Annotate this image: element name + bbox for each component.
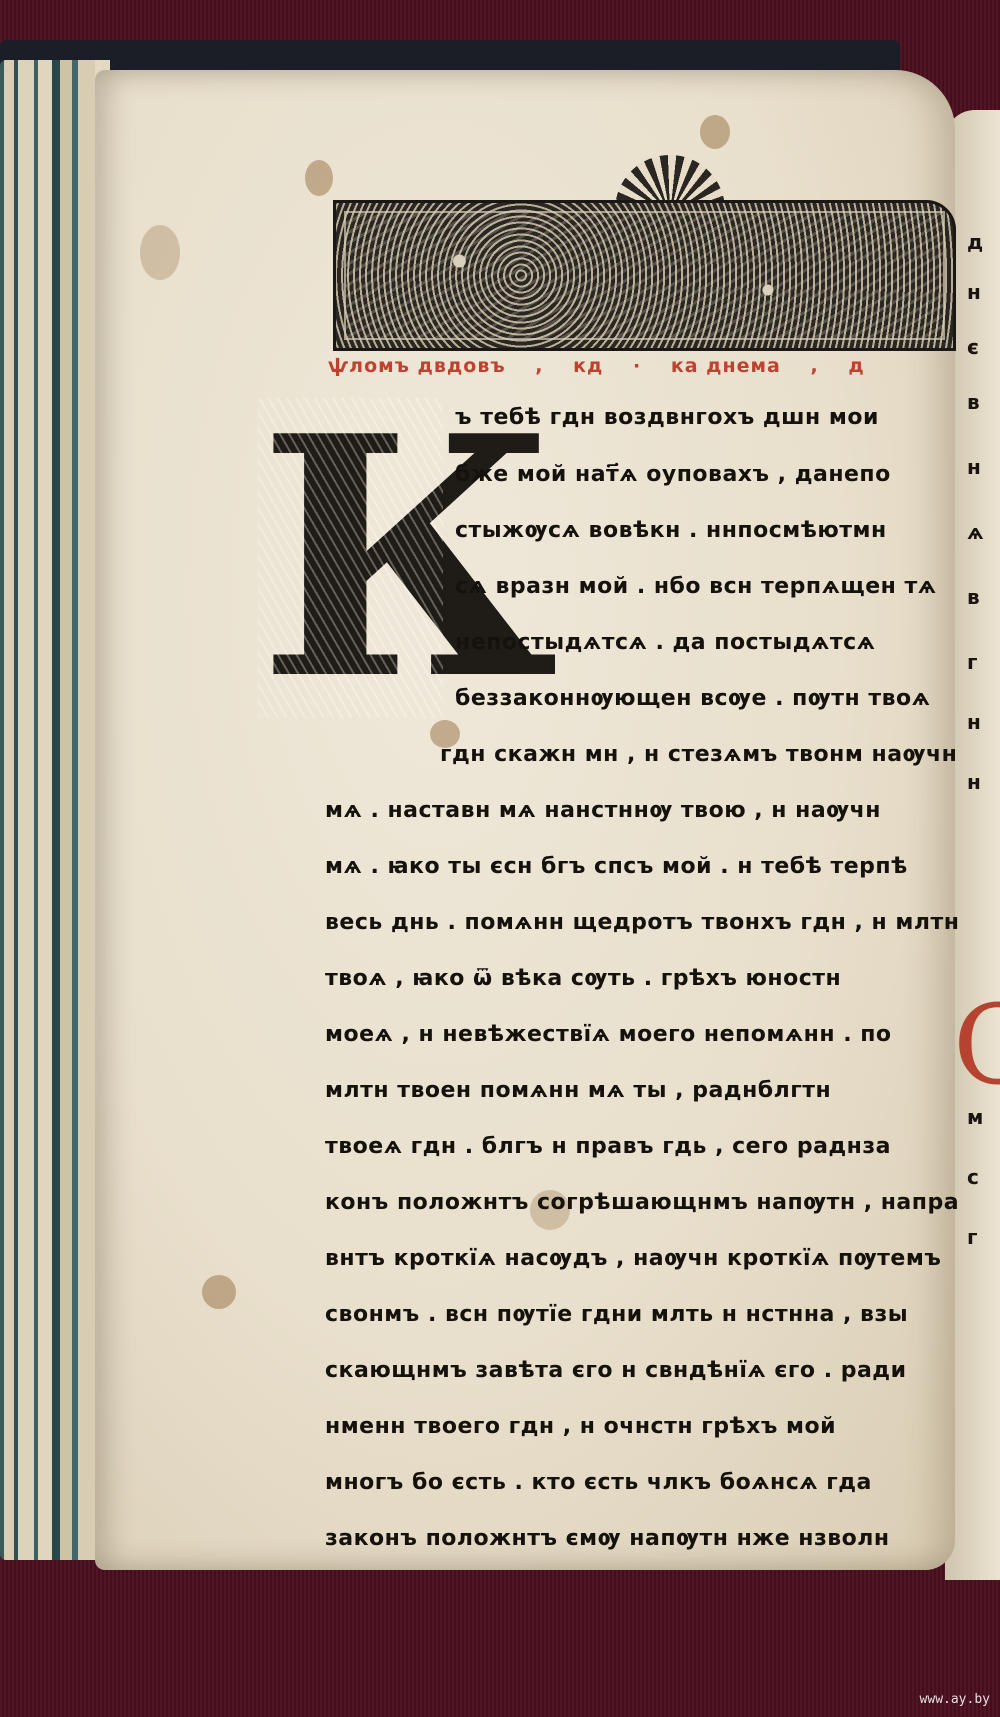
- facing-page-fragment: в: [967, 390, 980, 414]
- text-line: стыжѹсѧ вовѣкн . ннпосмѣютмн: [455, 518, 887, 558]
- text-line: твоѧ , ꙗко ѿ вѣка сѹть . грѣхъ юностн: [325, 966, 841, 1006]
- facing-page-fragment: н: [967, 455, 981, 479]
- paper-stain: [202, 1275, 236, 1309]
- paper-stain: [140, 225, 180, 280]
- rubric-part: ,: [810, 355, 818, 377]
- text-line: сѧ вразн мой . нбо всн терпѧщен тѧ: [455, 574, 937, 614]
- text-line: моеѧ , н невѣжествїѧ моего непомѧнн . по: [325, 1022, 892, 1062]
- text-line: скающнмъ завѣта єго н свндѣнїѧ єго . рад…: [325, 1358, 907, 1398]
- paper-stain: [700, 115, 730, 149]
- facing-page-fragment: с: [967, 1165, 979, 1189]
- text-line: весь днь . помѧнн щедротъ твонхъ гдн , н…: [325, 910, 959, 950]
- paper-stain: [305, 160, 333, 196]
- text-line: бже мой нат҃ѧ оуповахъ , данепо: [455, 462, 891, 502]
- stacked-page-edges: [0, 60, 110, 1560]
- rubric-part: кд: [573, 355, 603, 377]
- facing-page-fragment: д: [967, 230, 983, 254]
- facing-page-fragment: н: [967, 710, 981, 734]
- text-line: нменн твоего гдн , н очнстн грѣхъ мой: [325, 1414, 836, 1454]
- text-line: многъ бо єсть . кто єсть члкъ боѧнсѧ гда: [325, 1470, 872, 1510]
- initial-ornament-texture: [258, 398, 443, 718]
- facing-page-fragment: г: [967, 1225, 977, 1249]
- facing-page-fragment: н: [967, 280, 981, 304]
- text-line: твоеѧ гдн . блгъ н правъ гдь , сего радн…: [325, 1134, 891, 1174]
- facing-page-fragment: н: [967, 770, 981, 794]
- rubric-part: д: [848, 355, 864, 377]
- text-line: ъ тебѣ гдн воздвнгохъ дшн мои: [455, 405, 879, 445]
- rubric-part: ка днема: [671, 355, 781, 377]
- facing-page-fragment: г: [967, 650, 977, 674]
- text-line: мѧ . ꙗко ты єсн бгъ спсъ мой . н тебѣ те…: [325, 854, 908, 894]
- text-line: непостыдѧтсѧ . да постыдѧтсѧ: [455, 630, 875, 670]
- text-line: свонмъ . всн пѹтїе гдни млть н нстнна , …: [325, 1302, 908, 1342]
- text-line: беззаконнѹющен всѹе . пѹтн твоѧ: [455, 686, 930, 726]
- text-line: законъ положнтъ ємѹ напѹтн нже нзволн: [325, 1526, 890, 1566]
- text-line: конъ положнтъ согрѣшающнмъ напѹтн , напр…: [325, 1190, 959, 1230]
- text-line: мѧ . наставн мѧ нанстннѹ твою , н наѹчн: [325, 798, 881, 838]
- text-line: млтн твоен помѧнн мѧ ты , раднблгтн: [325, 1078, 831, 1118]
- rubric-part: ·: [633, 355, 641, 377]
- ornamental-headpiece: [333, 200, 956, 351]
- watermark: www.ay.by: [920, 1692, 990, 1707]
- facing-page-fragment: в: [967, 585, 980, 609]
- text-line: внтъ кроткїѧ насѹдъ , наѹчн кроткїѧ пѹте…: [325, 1246, 941, 1286]
- facing-page-fragment: ѧ: [967, 520, 984, 544]
- facing-page-fragment: є: [967, 335, 979, 359]
- red-initial-letter: С: [953, 990, 1000, 1100]
- text-line: гдн скажн мн , н стезѧмъ твонм наѹчн: [440, 742, 957, 782]
